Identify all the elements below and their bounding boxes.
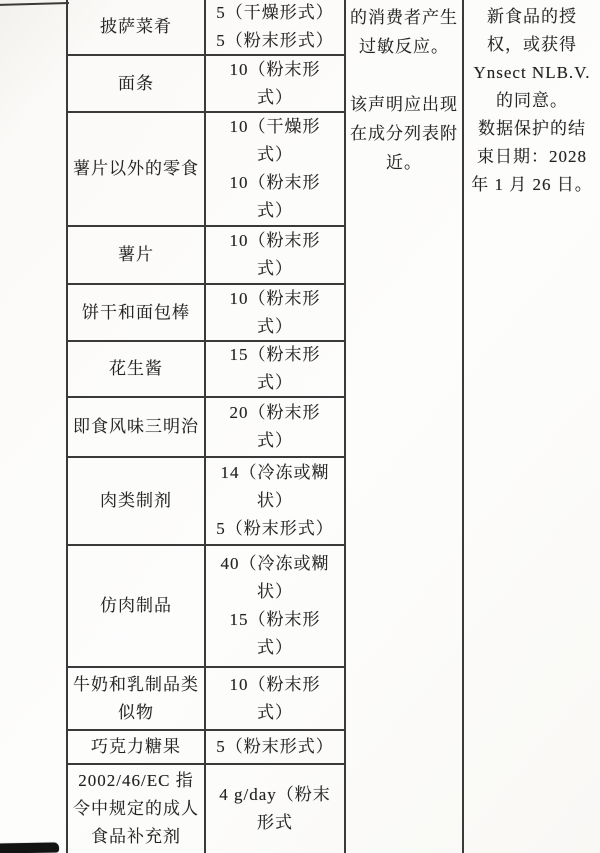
- category-cell: 肉类制剂: [68, 458, 204, 546]
- max-amount-column: 5（干燥形式） 5（粉末形式） 10（粉末形 式） 10（干燥形 式） 10（粉…: [206, 0, 346, 853]
- amount-cell: 10（粉末形 式）: [206, 285, 344, 342]
- amount-cell: 4 g/day（粉末 形式: [206, 765, 344, 853]
- category-cell: 披萨菜肴: [68, 0, 204, 56]
- category-cell: 即食风味三明治: [68, 398, 204, 458]
- category-cell: 仿肉制品: [68, 546, 204, 668]
- amount-cell: 20（粉末形 式）: [206, 398, 344, 458]
- amount-cell: 10（粉末形 式）: [206, 227, 344, 285]
- amount-cell: 40（冷冻或糊 状） 15（粉末形 式）: [206, 546, 344, 668]
- scanned-document-page: 披萨菜肴 面条 薯片以外的零食 薯片 饼干和面包棒 花生酱 即食风味三明治 肉类…: [0, 0, 600, 853]
- amount-cell: 5（干燥形式） 5（粉末形式）: [206, 0, 344, 56]
- novel-food-usage-table: 披萨菜肴 面条 薯片以外的零食 薯片 饼干和面包棒 花生酱 即食风味三明治 肉类…: [0, 0, 600, 853]
- category-cell: 花生酱: [68, 342, 204, 398]
- authorization-column: 新食品的授 权，或获得 Ynsect NLB.V. 的同意。 数据保护的结 束日…: [464, 0, 600, 853]
- authorization-text: 新食品的授 权，或获得 Ynsect NLB.V. 的同意。 数据保护的结 束日…: [464, 0, 600, 199]
- category-cell: 2002/46/EC 指 令中规定的成人 食品补充剂: [68, 765, 204, 853]
- allergen-statement-column: 的消费者产生 过敏反应。 该声明应出现 在成分列表附 近。: [346, 0, 464, 853]
- allergen-statement-text: 的消费者产生 过敏反应。 该声明应出现 在成分列表附 近。: [346, 0, 462, 177]
- amount-cell: 10（粉末形 式）: [206, 56, 344, 113]
- amount-cell: 14（冷冻或糊 状） 5（粉末形式）: [206, 458, 344, 546]
- food-category-column: 披萨菜肴 面条 薯片以外的零食 薯片 饼干和面包棒 花生酱 即食风味三明治 肉类…: [66, 0, 206, 853]
- category-cell: 巧克力糖果: [68, 731, 204, 765]
- category-cell: 薯片以外的零食: [68, 113, 204, 227]
- amount-cell: 10（干燥形 式） 10（粉末形 式）: [206, 113, 344, 227]
- table-left-margin-cell: [0, 0, 66, 853]
- amount-cell: 5（粉末形式）: [206, 731, 344, 765]
- category-cell: 饼干和面包棒: [68, 285, 204, 342]
- category-cell: 薯片: [68, 227, 204, 285]
- amount-cell: 10（粉末形 式）: [206, 668, 344, 731]
- category-cell: 牛奶和乳制品类 似物: [68, 668, 204, 731]
- scan-artifact-ink-blob: [0, 842, 59, 853]
- category-cell: 面条: [68, 56, 204, 113]
- amount-cell: 15（粉末形 式）: [206, 342, 344, 398]
